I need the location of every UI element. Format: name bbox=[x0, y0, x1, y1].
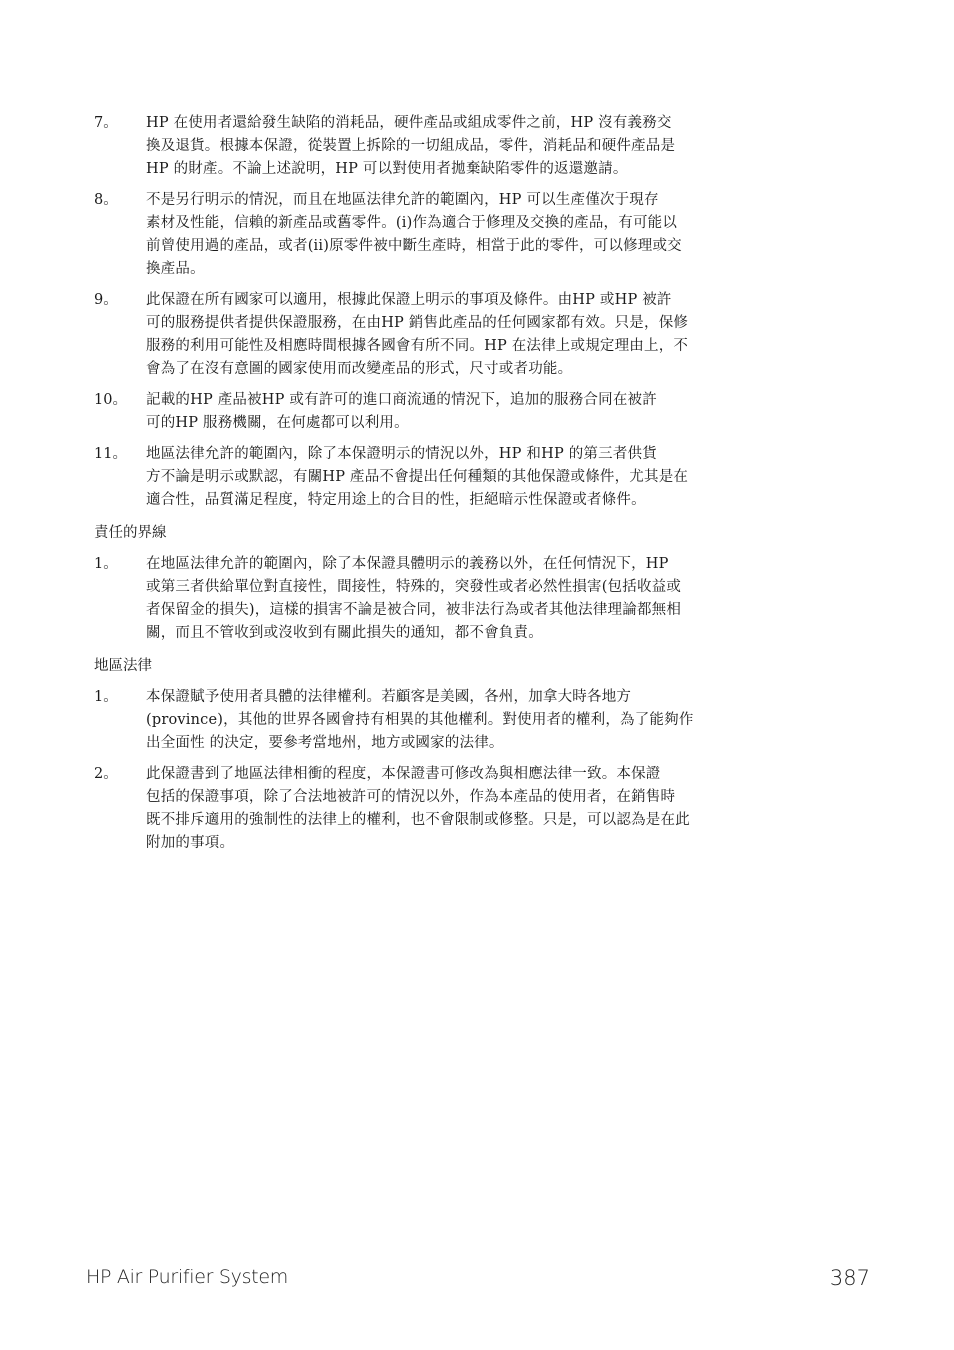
text-line: (province)，其他的世界各國會持有相異的其他權利。對使用者的權利，為了能… bbox=[146, 709, 824, 732]
text-line: 出全面性 的決定，要參考當地州，地方或國家的法律。 bbox=[146, 732, 824, 755]
text-line: 會為了在沒有意圖的國家使用而改變產品的形式，尺寸或者功能。 bbox=[146, 358, 824, 381]
text-line: 包括的保證事項，除了合法地被許可的情況以外，作為本產品的使用者，在銷售時 bbox=[146, 786, 824, 809]
text-line: HP 的財產。不論上述說明，HP 可以對使用者拋棄缺陷零件的返還邀請。 bbox=[146, 158, 824, 181]
warranty-item-8: 8。 不是另行明示的情況，而且在地區法律允許的範圍內，HP 可以生產僅次于現存 … bbox=[94, 189, 824, 281]
text-line: HP 在使用者還給發生缺陷的消耗品，硬件產品或組成零件之前，HP 沒有義務交 bbox=[146, 112, 824, 135]
item-number: 8。 bbox=[94, 189, 146, 281]
local-law-item-1: 1。 本保證賦予使用者具體的法律權利。若顧客是美國，各州，加拿大時各地方 (pr… bbox=[94, 686, 824, 755]
page-number: 387 bbox=[830, 1266, 870, 1290]
text-line: 換產品。 bbox=[146, 258, 824, 281]
section-heading-local-law: 地區法律 bbox=[94, 655, 824, 678]
footer-product-name: HP Air Purifier System bbox=[86, 1266, 288, 1290]
text-line: 地區法律允許的範圍內，除了本保證明示的情況以外，HP 和HP 的第三者供貨 bbox=[146, 443, 824, 466]
warranty-item-7: 7。 HP 在使用者還給發生缺陷的消耗品，硬件產品或組成零件之前，HP 沒有義務… bbox=[94, 112, 824, 181]
text-line: 者保留金的損失)，這樣的損害不論是被合同，被非法行為或者其他法律理論都無相 bbox=[146, 599, 824, 622]
item-text: 此保證書到了地區法律相衝的程度，本保證書可修改為與相應法律一致。本保證 包括的保… bbox=[146, 763, 824, 855]
item-number: 11。 bbox=[94, 443, 146, 512]
text-line: 服務的利用可能性及相應時間根據各國會有所不同。HP 在法律上或規定理由上，不 bbox=[146, 335, 824, 358]
text-line: 本保證賦予使用者具體的法律權利。若顧客是美國，各州，加拿大時各地方 bbox=[146, 686, 824, 709]
item-text: 在地區法律允許的範圍內，除了本保證具體明示的義務以外，在任何情況下，HP 或第三… bbox=[146, 553, 824, 645]
item-text: HP 在使用者還給發生缺陷的消耗品，硬件產品或組成零件之前，HP 沒有義務交 換… bbox=[146, 112, 824, 181]
text-line: 換及退貨。根據本保證，從裝置上拆除的一切組成品，零件，消耗品和硬件產品是 bbox=[146, 135, 824, 158]
warranty-content: 7。 HP 在使用者還給發生缺陷的消耗品，硬件產品或組成零件之前，HP 沒有義務… bbox=[94, 112, 824, 863]
item-number: 10。 bbox=[94, 389, 146, 435]
page-footer: HP Air Purifier System 387 bbox=[86, 1266, 870, 1290]
item-text: 不是另行明示的情況，而且在地區法律允許的範圍內，HP 可以生產僅次于現存 素材及… bbox=[146, 189, 824, 281]
item-number: 1。 bbox=[94, 686, 146, 755]
item-text: 此保證在所有國家可以適用，根據此保證上明示的事項及條件。由HP 或HP 被許 可… bbox=[146, 289, 824, 381]
section-heading-liability: 責任的界線 bbox=[94, 522, 824, 545]
text-line: 在地區法律允許的範圍內，除了本保證具體明示的義務以外，在任何情況下，HP bbox=[146, 553, 824, 576]
text-line: 記載的HP 產品被HP 或有許可的進口商流通的情況下，追加的服務合同在被許 bbox=[146, 389, 824, 412]
text-line: 可的服務提供者提供保證服務，在由HP 銷售此產品的任何國家都有效。只是，保修 bbox=[146, 312, 824, 335]
text-line: 前曾使用過的產品，或者(ii)原零件被中斷生產時，相當于此的零件，可以修理或交 bbox=[146, 235, 824, 258]
item-text: 地區法律允許的範圍內，除了本保證明示的情況以外，HP 和HP 的第三者供貨 方不… bbox=[146, 443, 824, 512]
item-text: 記載的HP 產品被HP 或有許可的進口商流通的情況下，追加的服務合同在被許 可的… bbox=[146, 389, 824, 435]
liability-item-1: 1。 在地區法律允許的範圍內，除了本保證具體明示的義務以外，在任何情況下，HP … bbox=[94, 553, 824, 645]
item-text: 本保證賦予使用者具體的法律權利。若顧客是美國，各州，加拿大時各地方 (provi… bbox=[146, 686, 824, 755]
text-line: 素材及性能，信賴的新產品或舊零件。(i)作為適合于修理及交換的產品，有可能以 bbox=[146, 212, 824, 235]
text-line: 適合性，品質滿足程度，特定用途上的合目的性，拒絕暗示性保證或者條件。 bbox=[146, 489, 824, 512]
text-line: 附加的事項。 bbox=[146, 832, 824, 855]
document-page: 7。 HP 在使用者還給發生缺陷的消耗品，硬件產品或組成零件之前，HP 沒有義務… bbox=[0, 0, 954, 1350]
item-number: 9。 bbox=[94, 289, 146, 381]
warranty-item-11: 11。 地區法律允許的範圍內，除了本保證明示的情況以外，HP 和HP 的第三者供… bbox=[94, 443, 824, 512]
warranty-item-10: 10。 記載的HP 產品被HP 或有許可的進口商流通的情況下，追加的服務合同在被… bbox=[94, 389, 824, 435]
item-number: 2。 bbox=[94, 763, 146, 855]
text-line: 可的HP 服務機關，在何處都可以利用。 bbox=[146, 412, 824, 435]
warranty-item-9: 9。 此保證在所有國家可以適用，根據此保證上明示的事項及條件。由HP 或HP 被… bbox=[94, 289, 824, 381]
local-law-item-2: 2。 此保證書到了地區法律相衝的程度，本保證書可修改為與相應法律一致。本保證 包… bbox=[94, 763, 824, 855]
text-line: 不是另行明示的情況，而且在地區法律允許的範圍內，HP 可以生產僅次于現存 bbox=[146, 189, 824, 212]
text-line: 關，而且不管收到或沒收到有關此損失的通知，都不會負責。 bbox=[146, 622, 824, 645]
text-line: 或第三者供給單位對直接性，間接性，特殊的，突發性或者必然性損害(包括收益或 bbox=[146, 576, 824, 599]
item-number: 7。 bbox=[94, 112, 146, 181]
text-line: 既不排斥適用的強制性的法律上的權利，也不會限制或修整。只是，可以認為是在此 bbox=[146, 809, 824, 832]
text-line: 此保證書到了地區法律相衝的程度，本保證書可修改為與相應法律一致。本保證 bbox=[146, 763, 824, 786]
text-line: 方不論是明示或默認，有關HP 產品不會提出任何種類的其他保證或條件，尤其是在 bbox=[146, 466, 824, 489]
text-line: 此保證在所有國家可以適用，根據此保證上明示的事項及條件。由HP 或HP 被許 bbox=[146, 289, 824, 312]
item-number: 1。 bbox=[94, 553, 146, 645]
